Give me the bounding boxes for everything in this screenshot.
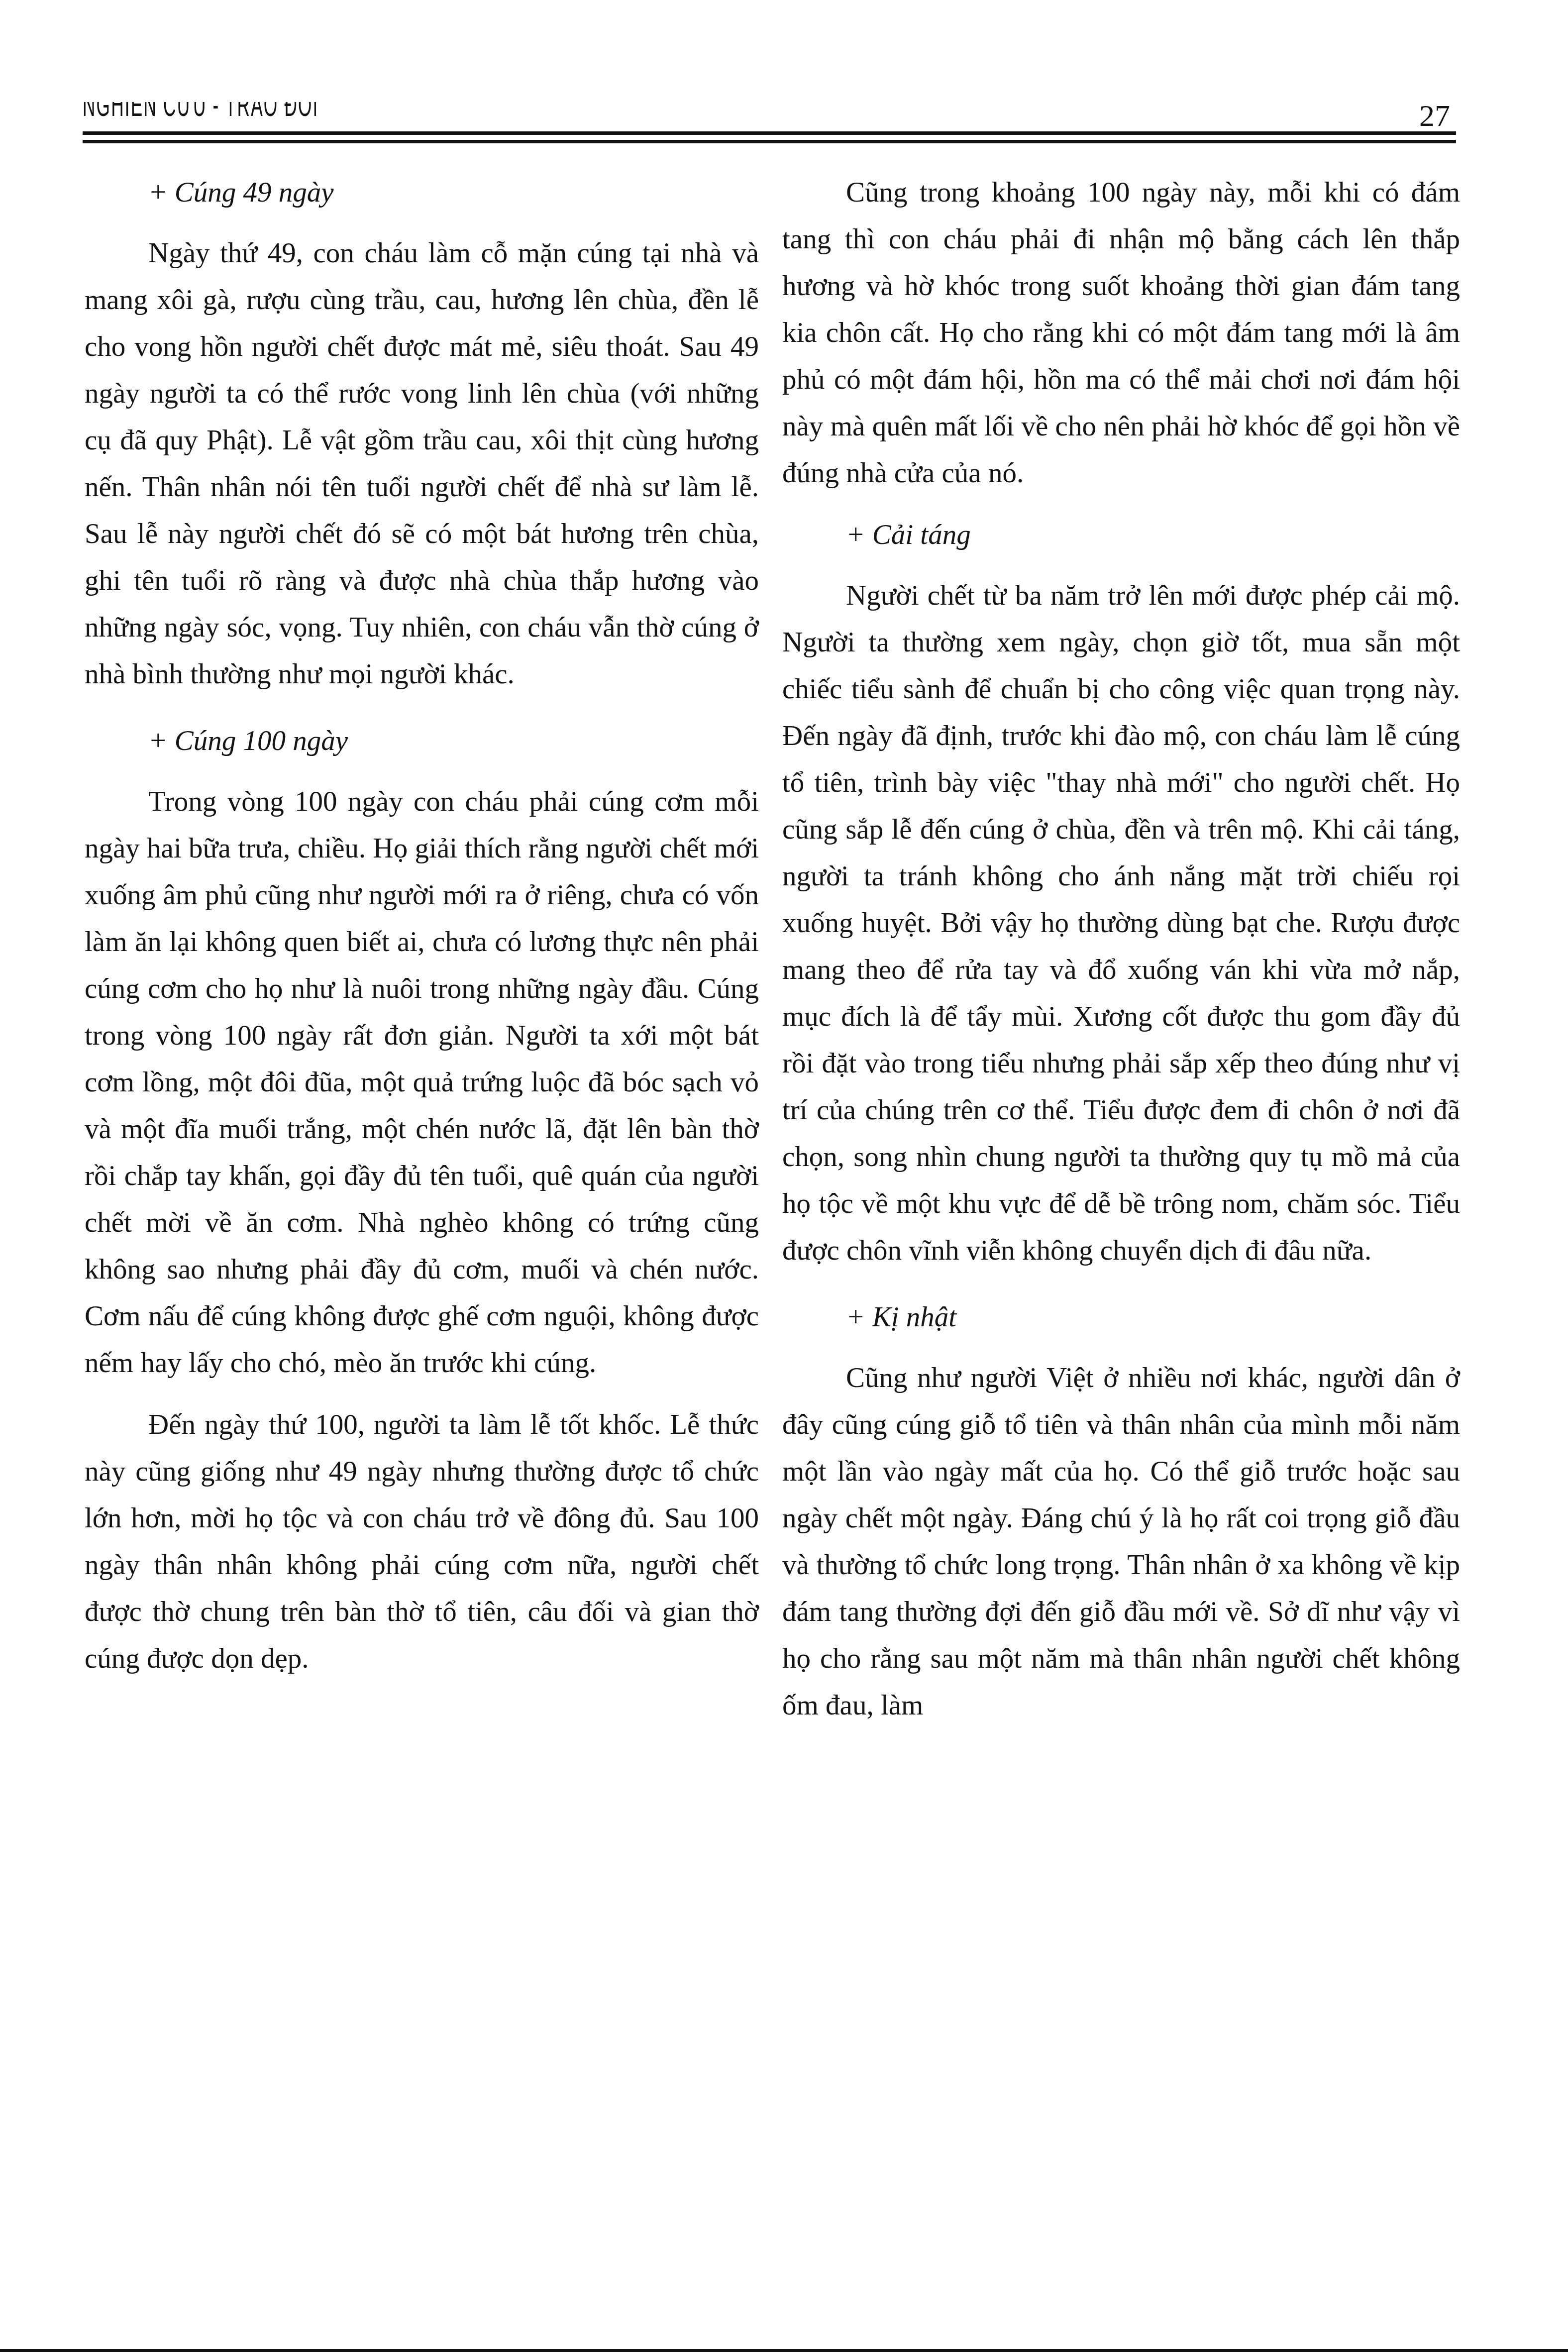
- section-heading-cai-tang: + Cải táng: [782, 512, 1460, 558]
- section-heading-ki-nhat: + Kị nhật: [782, 1294, 1460, 1341]
- running-title: NGHIÊN CỨU - TRAO ĐỔI: [83, 102, 512, 126]
- running-title-text: NGHIÊN CỨU - TRAO ĐỔI: [83, 102, 319, 121]
- paragraph: Ngày thứ 49, con cháu làm cỗ mặn cúng tạ…: [85, 230, 759, 698]
- section-heading-cung-100-ngay: + Cúng 100 ngày: [85, 718, 759, 764]
- paragraph: Cũng trong khoảng 100 ngày này, mỗi khi …: [782, 169, 1460, 497]
- page-number: 27: [1419, 102, 1450, 130]
- page-bottom-edge: [0, 2349, 1568, 2352]
- spacer: [782, 497, 1460, 512]
- spacer: [85, 698, 759, 718]
- paragraph: Đến ngày thứ 100, người ta làm lễ tốt kh…: [85, 1401, 759, 1682]
- section-heading-cung-49-ngay: + Cúng 49 ngày: [85, 169, 759, 216]
- header-rule-bottom: [83, 140, 1456, 143]
- spacer: [85, 1387, 759, 1401]
- spacer: [782, 1274, 1460, 1294]
- paragraph: Cũng như người Việt ở nhiều nơi khác, ng…: [782, 1355, 1460, 1729]
- right-column: Cũng trong khoảng 100 ngày này, mỗi khi …: [782, 169, 1460, 1729]
- running-header: NGHIÊN CỨU - TRAO ĐỔI 27: [83, 102, 1456, 132]
- header-rule-top: [83, 131, 1456, 135]
- paragraph: Người chết từ ba năm trở lên mới được ph…: [782, 572, 1460, 1274]
- paragraph: Trong vòng 100 ngày con cháu phải cúng c…: [85, 778, 759, 1387]
- left-column: + Cúng 49 ngày Ngày thứ 49, con cháu làm…: [85, 169, 759, 1682]
